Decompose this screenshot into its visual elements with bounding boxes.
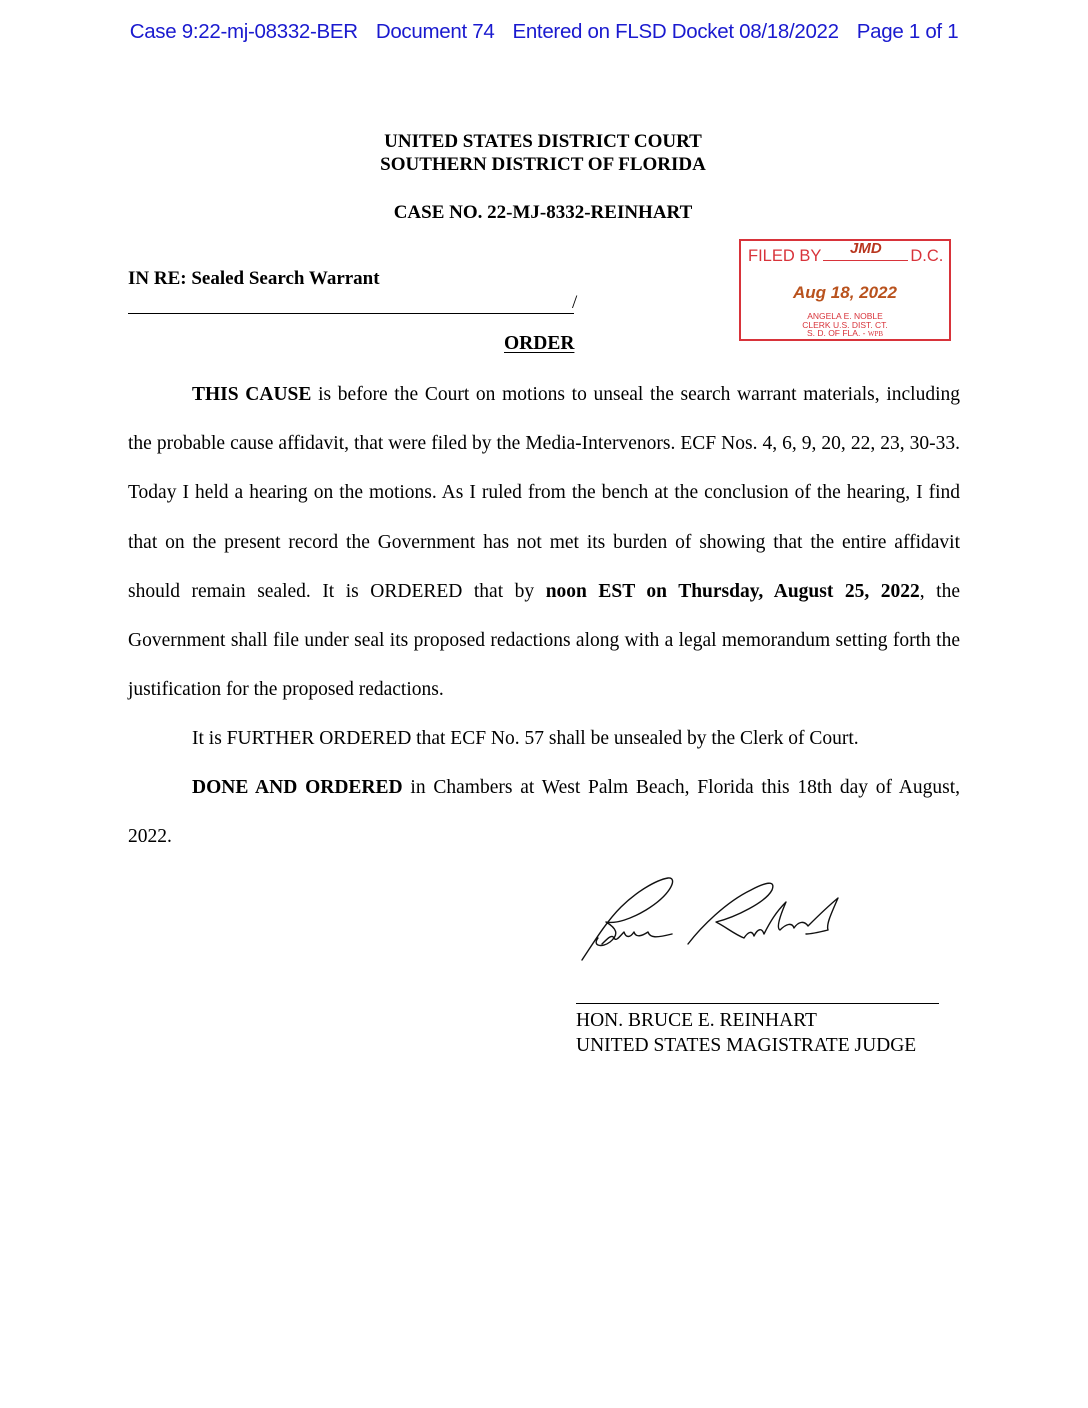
stamp-office: WPB: [868, 330, 883, 338]
caption-slash: /: [572, 292, 577, 314]
judge-name: HON. BRUCE E. REINHART: [576, 1008, 916, 1033]
stamp-clerk-district: S. D. OF FLA. - WPB: [741, 329, 949, 339]
docket-document-number: Document 74: [376, 20, 495, 43]
stamp-date: Aug 18, 2022: [741, 283, 949, 303]
paragraph-further-ordered: It is FURTHER ORDERED that ECF No. 57 sh…: [128, 714, 960, 763]
this-cause-lead: THIS CAUSE: [192, 384, 311, 405]
stamp-initials: JMD: [823, 240, 908, 257]
stamp-dc-label: D.C.: [910, 247, 943, 265]
court-line-1: UNITED STATES DISTRICT COURT: [300, 130, 786, 153]
stamp-filed-by-label: FILED BY: [748, 247, 821, 265]
stamp-clerk-block: ANGELA E. NOBLE CLERK U.S. DIST. CT. S. …: [741, 312, 949, 339]
done-and-ordered-lead: DONE AND ORDERED: [192, 777, 403, 798]
caption-rule: [128, 313, 574, 314]
docket-entered-date: Entered on FLSD Docket 08/18/2022: [512, 20, 838, 43]
court-name: UNITED STATES DISTRICT COURT SOUTHERN DI…: [300, 130, 786, 176]
stamp-initials-blank: JMD: [823, 246, 908, 261]
docket-case-number: Case 9:22-mj-08332-BER: [130, 20, 358, 43]
case-number: CASE NO. 22-MJ-8332-REINHART: [300, 202, 786, 224]
signature-line: [576, 1003, 939, 1004]
judge-signature-block: HON. BRUCE E. REINHART UNITED STATES MAG…: [576, 1008, 916, 1058]
judge-title: UNITED STATES MAGISTRATE JUDGE: [576, 1033, 916, 1058]
in-re-caption: IN RE: Sealed Search Warrant: [128, 268, 380, 290]
court-line-2: SOUTHERN DISTRICT OF FLORIDA: [300, 153, 786, 176]
filed-stamp: FILED BYJMDD.C. Aug 18, 2022 ANGELA E. N…: [739, 239, 951, 341]
paragraph-done-and-ordered: DONE AND ORDERED in Chambers at West Pal…: [128, 763, 960, 861]
order-title: ORDER: [504, 333, 574, 355]
paragraph-this-cause: THIS CAUSE is before the Court on motion…: [128, 370, 960, 714]
stamp-filed-by-row: FILED BYJMDD.C.: [748, 246, 943, 266]
docket-header: Case 9:22-mj-08332-BERDocument 74Entered…: [0, 20, 1088, 44]
deadline-text: noon EST on Thursday, August 25, 2022: [546, 581, 920, 602]
judge-signature: [576, 872, 846, 964]
docket-page-count: Page 1 of 1: [857, 20, 959, 43]
